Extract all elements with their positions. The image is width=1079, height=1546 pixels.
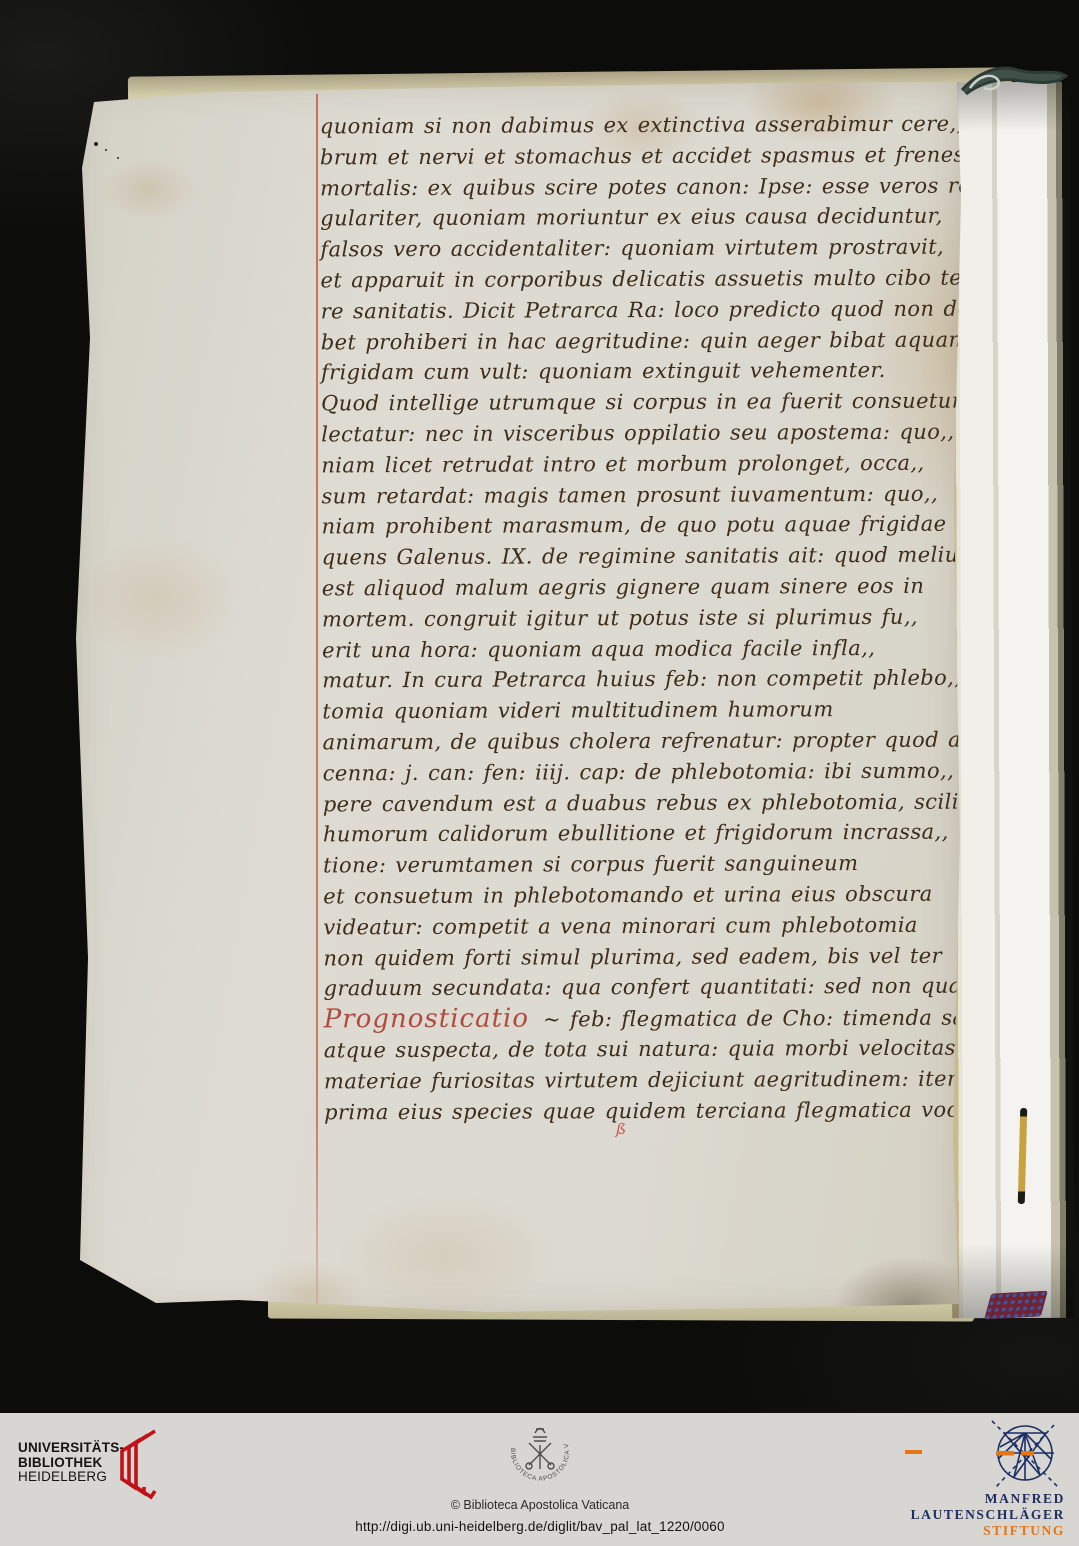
ub-logo-line1: UNIVERSITÄTS- [18,1441,124,1456]
manuscript-line: atque suspecta, de tota sui natura: quia… [324,1032,972,1066]
red-ruling-line [316,94,318,1306]
manuscript-line: pere cavendum est a duabus rebus ex phle… [323,786,971,820]
binding-thread-icon [948,42,1079,110]
mls-dash-icon [905,1450,922,1454]
manuscript-line: mortem. congruit igitur ut potus iste si… [322,601,970,635]
manuscript-line: lectatur: nec in visceribus oppilatio se… [321,417,969,451]
rubric-heading: Prognosticatio [324,1004,529,1035]
manuscript-line: gulariter, quoniam moriuntur ex eius cau… [320,201,968,235]
ub-heidelberg-logo: UNIVERSITÄTS- BIBLIOTHEK HEIDELBERG [18,1441,124,1485]
manuscript-line: bet prohiberi in hac aegritudine: quin a… [321,324,969,358]
source-url: http://digi.ub.uni-heidelberg.de/diglit/… [270,1519,810,1534]
manuscript-line: Quod intellige utrumque si corpus in ea … [321,386,969,420]
manuscript-line: niam licet retrudat intro et morbum prol… [321,447,969,481]
ub-logo-line3: HEIDELBERG [18,1470,124,1485]
manuscript-line: quoniam si non dabimus ex extinctiva ass… [320,109,968,143]
manuscript-heading-line: Prognosticatio~ feb: flegmatica de Cho: … [324,1002,972,1036]
manuscript-line: humorum calidorum ebullitione et frigido… [323,817,971,851]
mls-line2: LAUTENSCHLÄGER [911,1507,1065,1523]
manuscript-line: mortalis: ex quibus scire potes canon: I… [320,170,968,204]
manuscript-line: et apparuit in corporibus delicatis assu… [320,263,968,297]
book-gutter-pages [948,82,1074,1318]
manuscript-text-block: quoniam si non dabimus ex extinctiva ass… [320,109,972,1128]
manuscript-line: est aliquod malum aegris gignere quam si… [322,571,970,605]
mls-line3: STIFTUNG [911,1523,1065,1539]
manuscript-line: videatur: competit a vena minorari cum p… [323,909,971,943]
manuscript-line: tione: verumtamen si corpus fuerit sangu… [323,848,971,882]
ink-specks [94,142,98,146]
manuscript-line: materiae furiositas virtutem dejiciunt a… [324,1063,972,1097]
manuscript-line: cenna: j. can: fen: iiij. cap: de phlebo… [323,755,971,789]
manuscript-line: niam prohibent marasmum, de quo potu aqu… [322,509,970,543]
footer-bar: UNIVERSITÄTS- BIBLIOTHEK HEIDELBERG BIBL… [0,1413,1079,1546]
manuscript-line: frigidam cum vult: quoniam extinguit veh… [321,355,969,389]
endband-fabric [984,1291,1048,1320]
manuscript-line: falsos vero accidentaliter: quoniam virt… [320,232,968,266]
manuscript-line: quens Galenus. IX. de regimine sanitatis… [322,540,970,574]
mls-logo-text: MANFRED LAUTENSCHLÄGER STIFTUNG [911,1491,1065,1539]
ub-book-icon [110,1427,160,1503]
mls-compass-icon [984,1417,1068,1501]
manuscript-line: erit una hora: quoniam aqua modica facil… [322,632,970,666]
manuscript-line: prima eius species quae quidem terciana … [324,1094,972,1128]
manuscript-line: re sanitatis. Dicit Petrarca Ra: loco pr… [321,293,969,327]
manuscript-line: brum et nervi et stomachus et accidet sp… [320,139,968,173]
mls-line1: MANFRED [911,1491,1065,1507]
manuscript-line: et consuetum in phlebotomando et urina e… [323,879,971,913]
bav-seal-icon: BIBLIOTECA APOSTOLICA VATICANA [501,1417,579,1495]
manuscript-line: matur. In cura Petrarca huius feb: non c… [322,663,970,697]
manuscript-page: quoniam si non dabimus ex extinctiva ass… [68,78,964,1318]
manuscript-line: non quidem forti simul plurima, sed eade… [323,940,971,974]
red-quire-mark: ß [616,1120,626,1138]
bav-copyright: © Biblioteca Apostolica Vaticana [395,1498,685,1512]
manuscript-line: sum retardat: magis tamen prosunt iuvame… [321,478,969,512]
manuscript-line: graduum secundata: qua confert quantitat… [324,971,972,1005]
manuscript-line: animarum, de quibus cholera refrenatur: … [322,725,970,759]
manuscript-line: tomia quoniam videri multitudinem humoru… [322,694,970,728]
ub-logo-line2: BIBLIOTHEK [18,1456,124,1471]
